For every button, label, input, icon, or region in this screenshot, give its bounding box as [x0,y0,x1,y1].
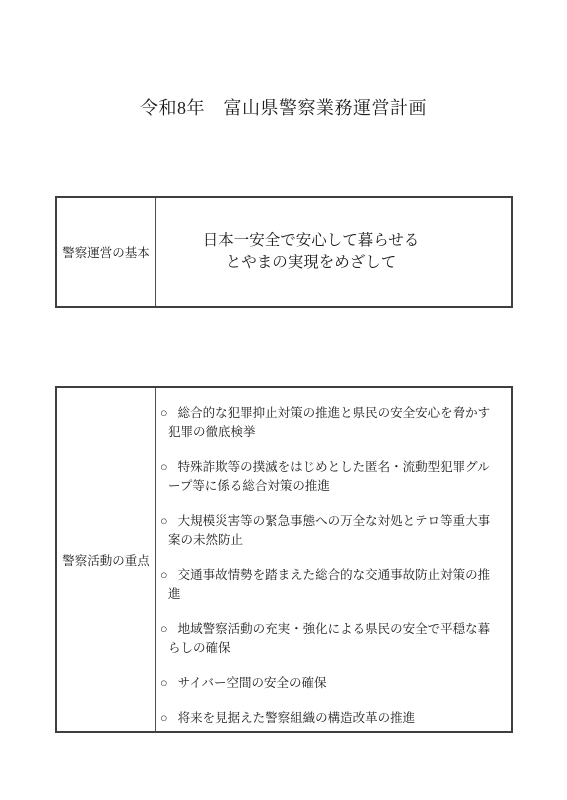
circle-bullet-icon: ○ [160,676,168,690]
priorities-table: 警察活動の重点 ○総合的な犯罪抑止対策の推進と県民の安全安心を脅かす 犯罪の徹底… [55,386,513,733]
basics-label: 警察運営の基本 [62,243,150,261]
basics-content-cell: 日本一安全で安心して暮らせる とやまの実現をめざして [156,198,511,306]
circle-bullet-icon: ○ [160,711,168,725]
priority-item: ○サイバー空間の安全の確保 [158,674,505,693]
circle-bullet-icon: ○ [160,568,168,582]
priorities-label-cell: 警察活動の重点 [57,388,156,731]
circle-bullet-icon: ○ [160,514,168,528]
priority-item-text: 特殊詐欺等の撲滅をはじめとした匿名・流動型犯罪グル ープ等に係る総合対策の推進 [168,460,490,493]
motto-line-1: 日本一安全で安心して暮らせる [156,230,466,252]
circle-bullet-icon: ○ [160,460,168,474]
priority-item-text: 地域警察活動の充実・強化による県民の安全で平穏な暮 らしの確保 [168,622,490,655]
document-page: 令和8年 富山県警察業務運営計画 警察運営の基本 日本一安全で安心して暮らせる … [0,0,567,800]
priorities-content-cell: ○総合的な犯罪抑止対策の推進と県民の安全安心を脅かす 犯罪の徹底検挙 ○特殊詐欺… [156,388,511,731]
circle-bullet-icon: ○ [160,622,168,636]
basics-label-cell: 警察運営の基本 [57,198,156,306]
priority-item-text: 交通事故情勢を踏まえた総合的な交通事故防止対策の推 進 [168,568,490,601]
priority-item: ○総合的な犯罪抑止対策の推進と県民の安全安心を脅かす 犯罪の徹底検挙 [158,404,505,442]
priorities-label: 警察活動の重点 [62,551,150,569]
motto-line-2: とやまの実現をめざして [156,252,466,274]
priority-item: ○特殊詐欺等の撲滅をはじめとした匿名・流動型犯罪グル ープ等に係る総合対策の推進 [158,458,505,496]
priority-item-text: 将来を見据えた警察組織の構造改革の推進 [178,711,416,725]
priority-item: ○交通事故情勢を踏まえた総合的な交通事故防止対策の推 進 [158,566,505,604]
document-title: 令和8年 富山県警察業務運営計画 [0,95,567,121]
priority-item-text: 大規模災害等の緊急事態への万全な対処とテロ等重大事 案の未然防止 [168,514,490,547]
basics-table: 警察運営の基本 日本一安全で安心して暮らせる とやまの実現をめざして [55,196,513,308]
priority-item: ○将来を見据えた警察組織の構造改革の推進 [158,709,505,728]
circle-bullet-icon: ○ [160,406,168,420]
priority-item: ○地域警察活動の充実・強化による県民の安全で平穏な暮 らしの確保 [158,620,505,658]
priority-item-text: 総合的な犯罪抑止対策の推進と県民の安全安心を脅かす 犯罪の徹底検挙 [168,406,490,439]
priority-item: ○大規模災害等の緊急事態への万全な対処とテロ等重大事 案の未然防止 [158,512,505,550]
priority-item-text: サイバー空間の安全の確保 [178,676,327,690]
